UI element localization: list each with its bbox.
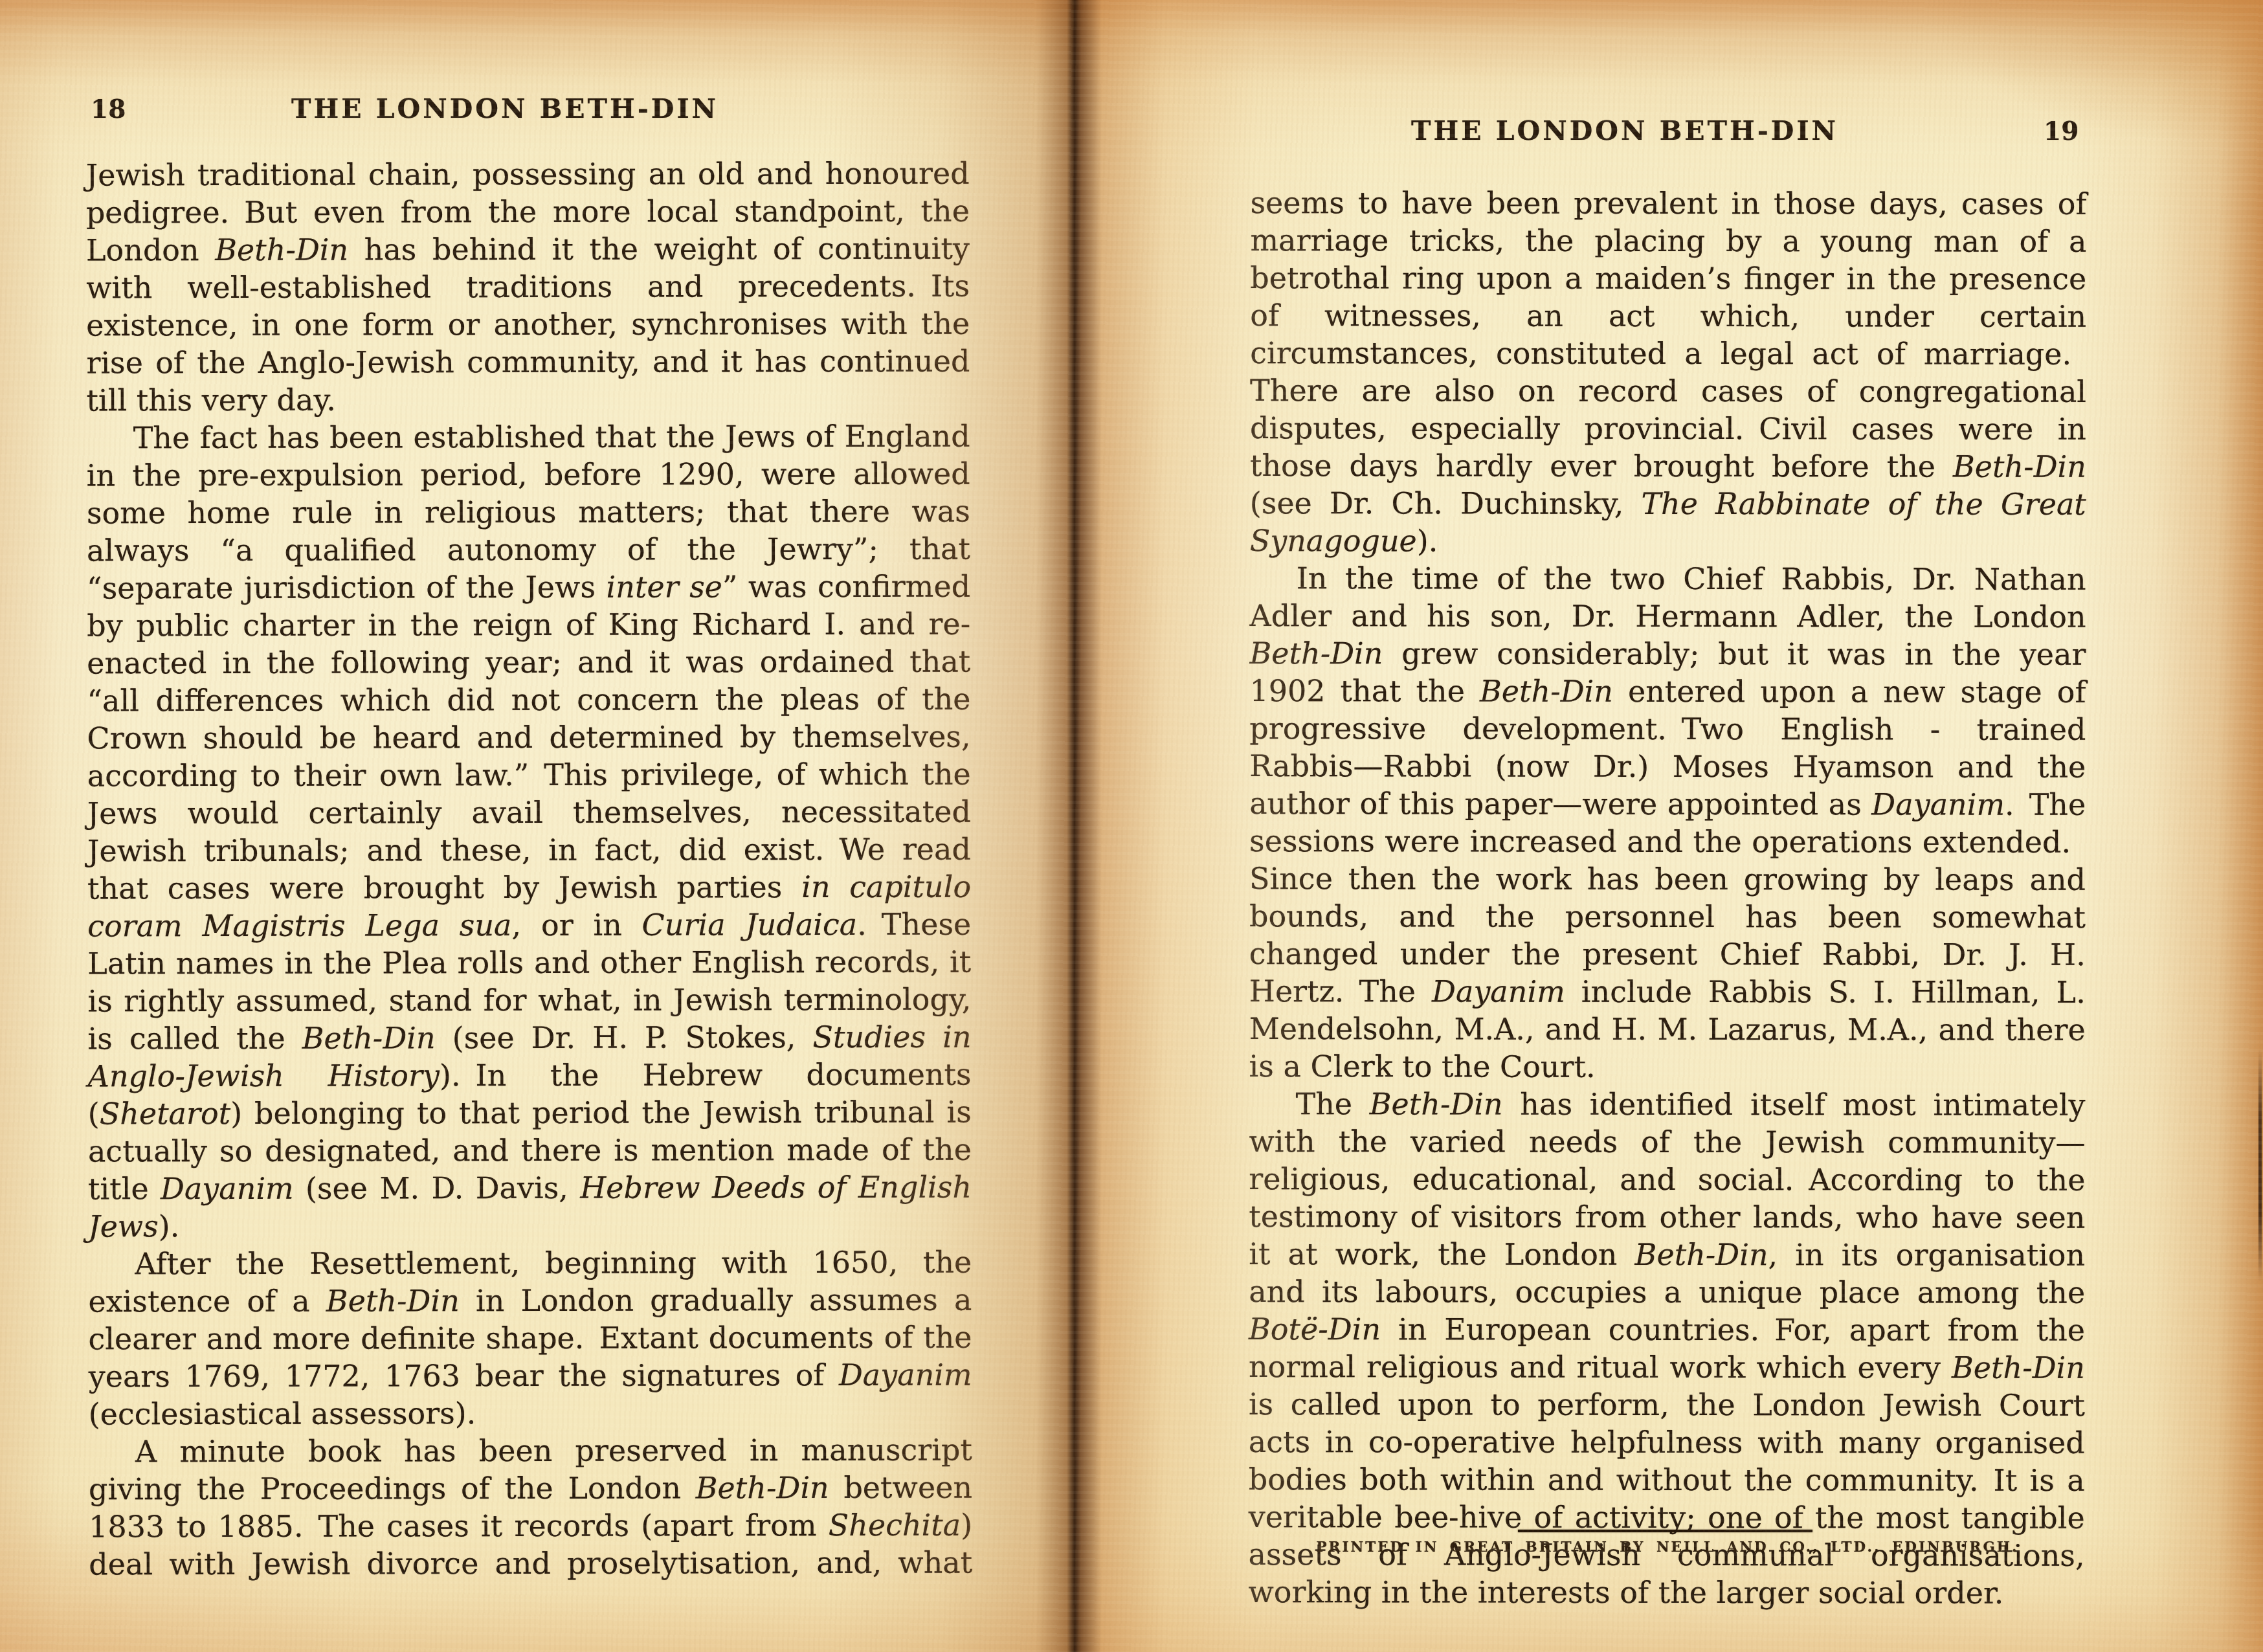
paragraph: seems to have been prevalent in those da… [1250, 184, 2087, 561]
right-page-number: 19 [2044, 117, 2079, 146]
right-page-text: seems to have been prevalent in those da… [1248, 184, 2086, 1612]
right-running-title: THE LONDON BETH-DIN [1249, 115, 2000, 146]
left-running-title: THE LONDON BETH-DIN [87, 93, 922, 124]
paragraph: Jewish traditional chain, possessing an … [86, 155, 970, 419]
right-page: THE LONDON BETH-DIN 19 seems to have bee… [1076, 0, 2263, 1652]
paragraph: In the time of the two Chief Rabbis, Dr.… [1249, 559, 2086, 1086]
paragraph: A minute book has been preserved in manu… [89, 1431, 972, 1583]
left-page-text: Jewish traditional chain, possessing an … [86, 155, 973, 1583]
paragraph: The Beth-Din has identified itself most … [1248, 1085, 2085, 1612]
paragraph: After the Resettlement, beginning with 1… [88, 1244, 972, 1433]
printer-imprint: PRINTED IN GREAT BRITAIN BY NEILL AND CO… [1249, 1539, 2086, 1556]
paragraph: The fact has been established that the J… [87, 418, 972, 1245]
left-page: 18 THE LONDON BETH-DIN Jewish traditiona… [0, 0, 1076, 1652]
book-scan: 18 THE LONDON BETH-DIN Jewish traditiona… [0, 0, 2263, 1652]
imprint-rule [1518, 1530, 1812, 1532]
